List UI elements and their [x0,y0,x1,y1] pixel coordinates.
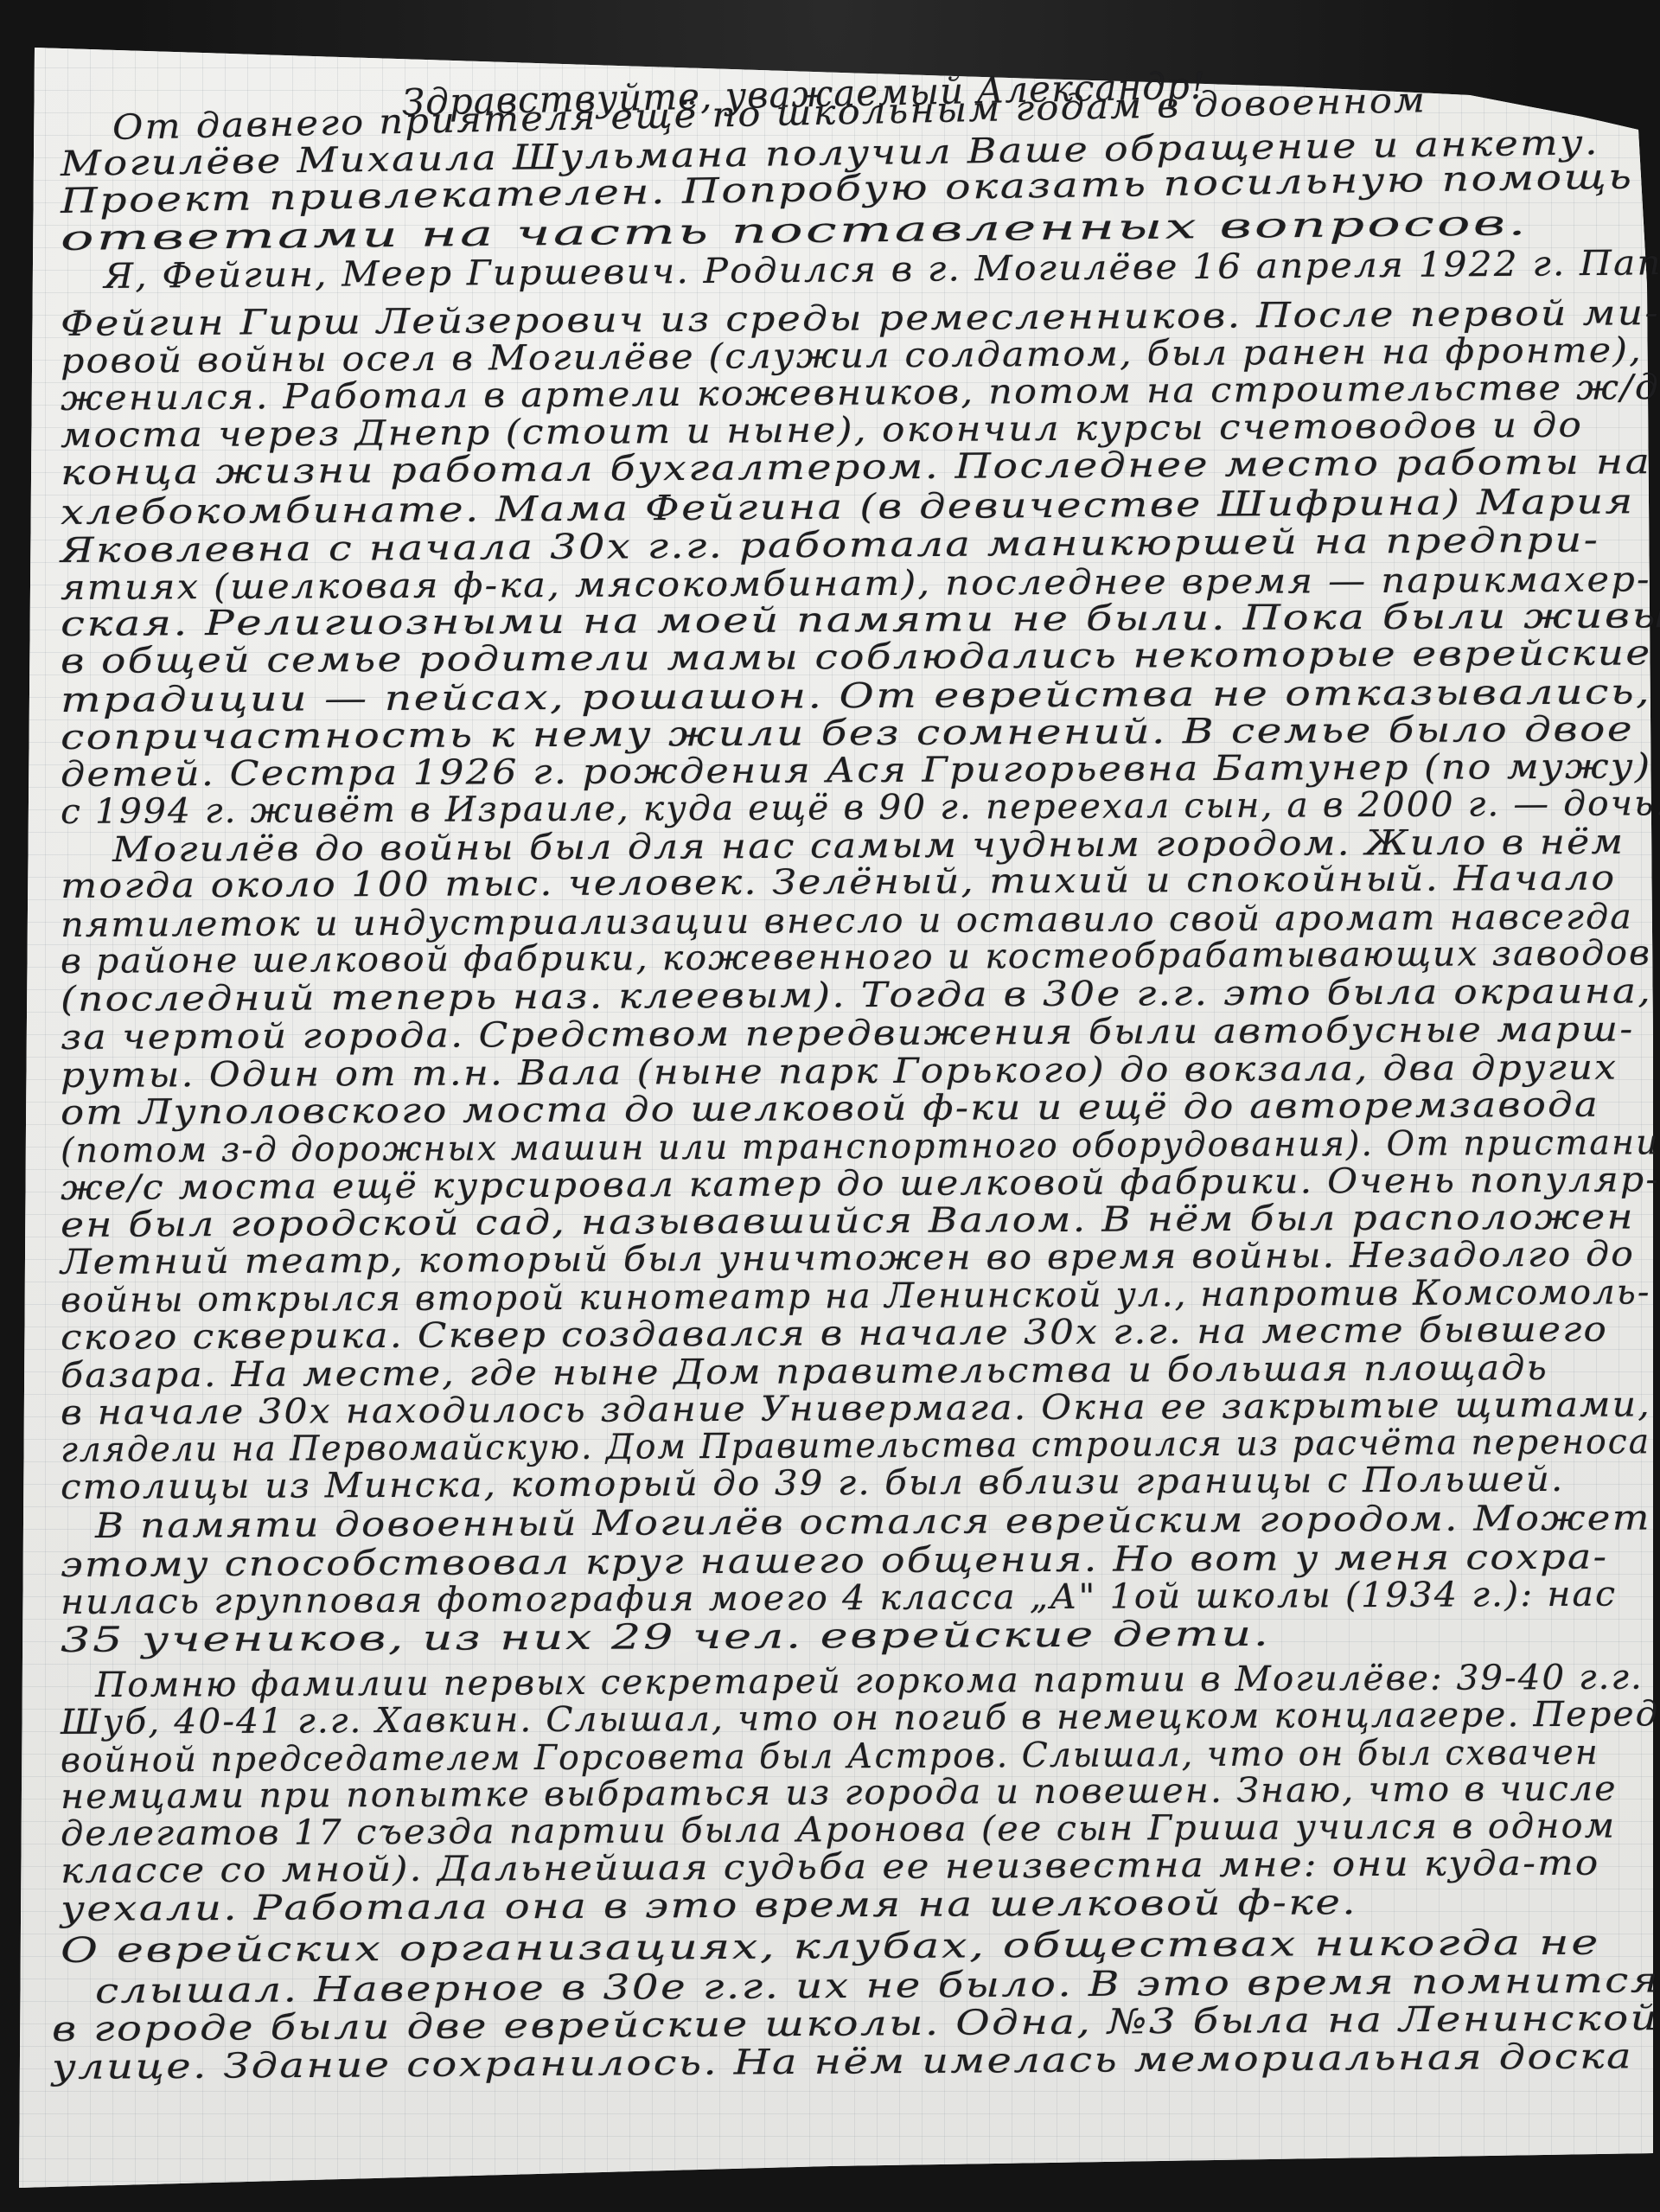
letter-line: тогда около 100 тыс. человек. Зелёный, т… [61,861,1617,904]
letter-line: 35 учеников, из них 29 чел. еврейские де… [61,1617,1271,1658]
letter-line: улице. Здание сохранилось. На нём имелас… [52,2039,1633,2085]
letter-line: нилась групповая фотография моего 4 клас… [61,1577,1617,1620]
handwritten-letter: Здравствуйте, уважаемый Александр! От да… [0,0,1660,2212]
letter-line: в общей семье родители мамы соблюдались … [61,636,1652,679]
letter-line: В памяти довоенный Могилёв остался еврей… [95,1501,1651,1544]
letter-line: столицы из Минска, который до 39 г. был … [61,1462,1565,1505]
letter-line: О еврейских организациях, клубах, общест… [61,1926,1600,1968]
letter-line: классе со мной). Дальнейшая судьба ее не… [61,1846,1600,1889]
letter-line: уехали. Работала она в это время на шелк… [61,1885,1357,1927]
